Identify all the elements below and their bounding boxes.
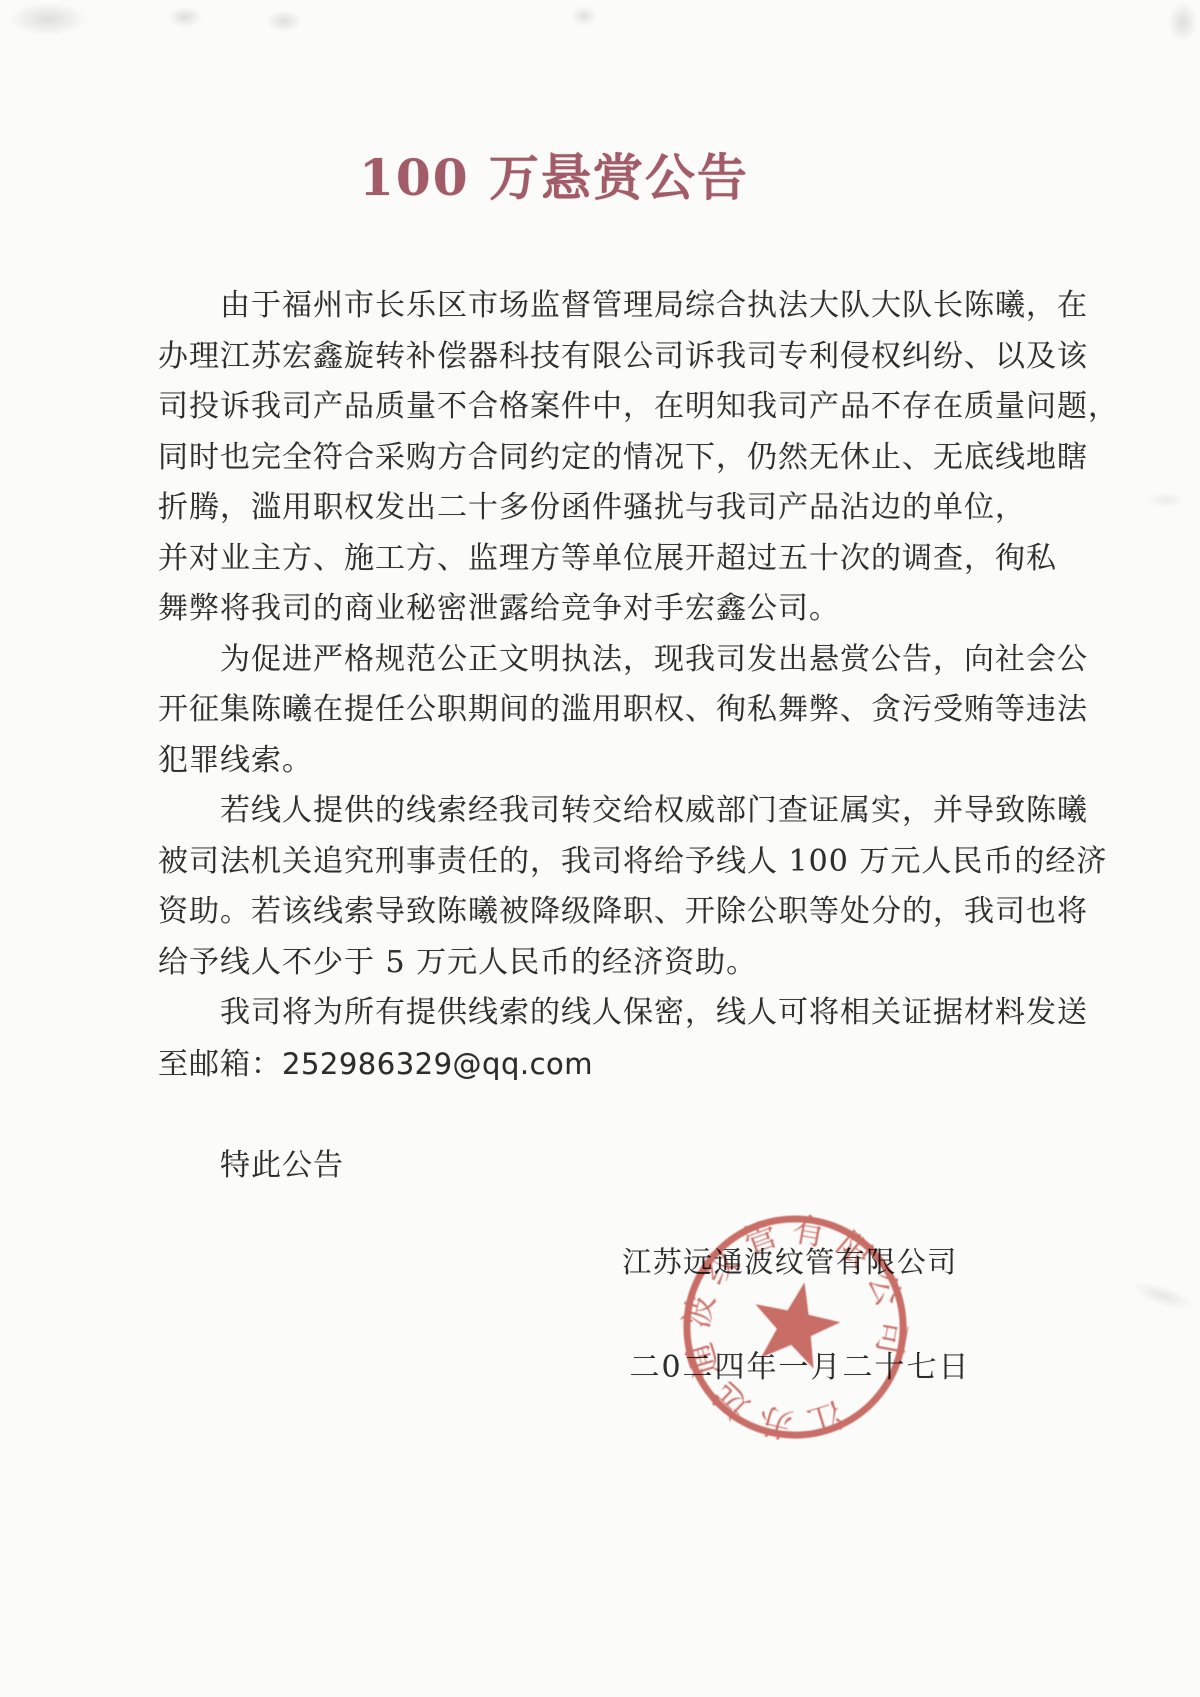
text-line: 资助。若该线索导致陈曦被降级降职、开除公职等处分的，我司也将 bbox=[158, 887, 1088, 938]
text-line: 开征集陈曦在提任公职期间的滥用职权、徇私舞弊、贪污受贿等违法 bbox=[158, 685, 1088, 736]
text-line: 办理江苏宏鑫旋转补偿器科技有限公司诉我司专利侵权纠纷、以及该 bbox=[158, 332, 1088, 383]
text-line: 被司法机关追究刑事责任的，我司将给予线人 100 万元人民币的经济 bbox=[158, 837, 1088, 888]
paragraph: 若线人提供的线索经我司转交给权威部门查证属实，并导致陈曦被司法机关追究刑事责任的… bbox=[158, 786, 1088, 988]
star-icon bbox=[756, 1282, 841, 1368]
text-line: 司投诉我司产品质量不合格案件中，在明知我司产品不存在质量问题， bbox=[158, 382, 1088, 433]
document-page: 100 万悬赏公告 由于福州市长乐区市场监督管理局综合执法大队大队长陈曦，在办理… bbox=[0, 0, 1200, 1697]
scan-smudge bbox=[572, 6, 596, 26]
paragraph: 由于福州市长乐区市场监督管理局综合执法大队大队长陈曦，在办理江苏宏鑫旋转补偿器科… bbox=[158, 281, 1088, 635]
text-line: 若线人提供的线索经我司转交给权威部门查证属实，并导致陈曦 bbox=[158, 786, 1088, 837]
text-line: 我司将为所有提供线索的线人保密，线人可将相关证据材料发送 bbox=[158, 988, 1088, 1039]
text-line: 特此公告 bbox=[158, 1141, 1088, 1192]
email-label: 至邮箱： bbox=[158, 1047, 282, 1082]
scan-smudge bbox=[8, 2, 88, 36]
text-line: 由于福州市长乐区市场监督管理局综合执法大队大队长陈曦，在 bbox=[158, 281, 1088, 332]
paragraph: 特此公告 bbox=[158, 1141, 1088, 1192]
scan-smudge bbox=[168, 6, 202, 28]
text-line: 给予线人不少于 5 万元人民币的经济资助。 bbox=[158, 938, 1088, 989]
scan-smudge bbox=[266, 10, 302, 32]
text-line: 同时也完全符合采购方合同约定的情况下，仍然无休止、无底线地瞎 bbox=[158, 433, 1088, 484]
paragraph: 我司将为所有提供线索的线人保密，线人可将相关证据材料发送至邮箱：25298632… bbox=[158, 988, 1088, 1090]
scan-smudge bbox=[1146, 492, 1186, 508]
document-body: 由于福州市长乐区市场监督管理局综合执法大队大队长陈曦，在办理江苏宏鑫旋转补偿器科… bbox=[158, 281, 1088, 1191]
email-address: 252986329@qq.com bbox=[282, 1047, 593, 1081]
text-line: 为促进严格规范公正文明执法，现我司发出悬赏公告，向社会公 bbox=[158, 635, 1088, 686]
text-line: 至邮箱：252986329@qq.com bbox=[158, 1039, 1088, 1091]
text-line: 犯罪线索。 bbox=[158, 736, 1088, 787]
paragraph: 为促进严格规范公正文明执法，现我司发出悬赏公告，向社会公开征集陈曦在提任公职期间… bbox=[158, 635, 1088, 787]
text-line: 舞弊将我司的商业秘密泄露给竞争对手宏鑫公司。 bbox=[158, 584, 1088, 635]
scan-smudge bbox=[1129, 1276, 1198, 1315]
text-line: 并对业主方、施工方、监理方等单位展开超过五十次的调查，徇私 bbox=[158, 534, 1088, 585]
text-line: 折腾，滥用职权发出二十多份函件骚扰与我司产品沾边的单位， bbox=[158, 483, 1088, 534]
scan-smudge bbox=[1168, 2, 1198, 42]
document-title: 100 万悬赏公告 bbox=[359, 149, 749, 207]
company-seal: 江苏远通波纹管有限公司 bbox=[676, 1208, 914, 1446]
